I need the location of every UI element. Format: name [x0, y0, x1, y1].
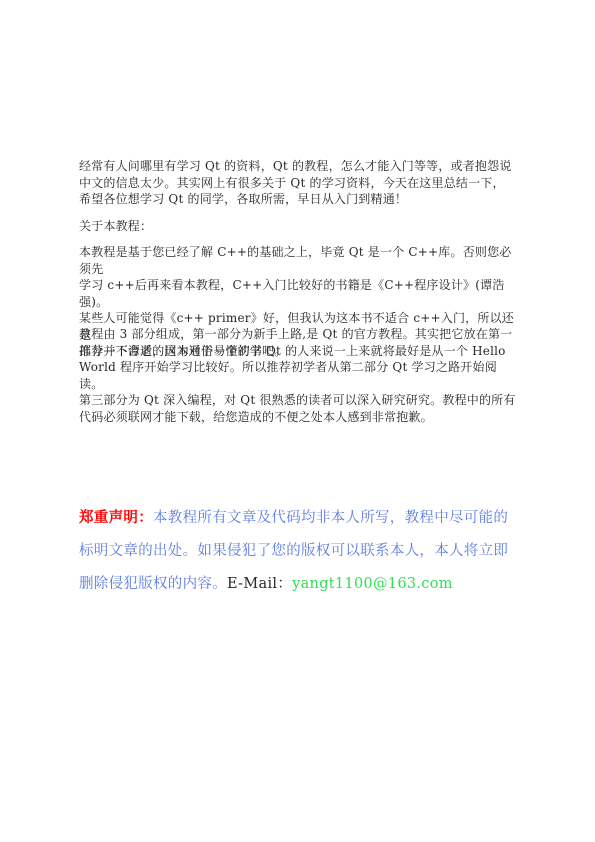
about-section-label: 关于本教程： — [79, 218, 517, 235]
email-address[interactable]: yangt1100@163.com — [292, 576, 453, 592]
document-page: 经常有人问哪里有学习 Qt 的资料，Qt 的教程，怎么才能入门等等，或者抱怨说 … — [0, 0, 595, 842]
intro-paragraph: 经常有人问哪里有学习 Qt 的资料，Qt 的教程，怎么才能入门等等，或者抱怨说 … — [79, 158, 517, 208]
declaration-prefix: 郑重声明： — [79, 509, 153, 526]
structure-paragraph: 教程由 3 部分组成，第一部分为新手上路,是 Qt 的官方教程。其实把它放在第一… — [79, 326, 517, 425]
declaration-paragraph: 郑重声明：本教程所有文章及代码均非本人所写，教程中尽可能的标明文章的出处。如果侵… — [79, 501, 519, 601]
email-label: E-Mail： — [227, 576, 292, 592]
